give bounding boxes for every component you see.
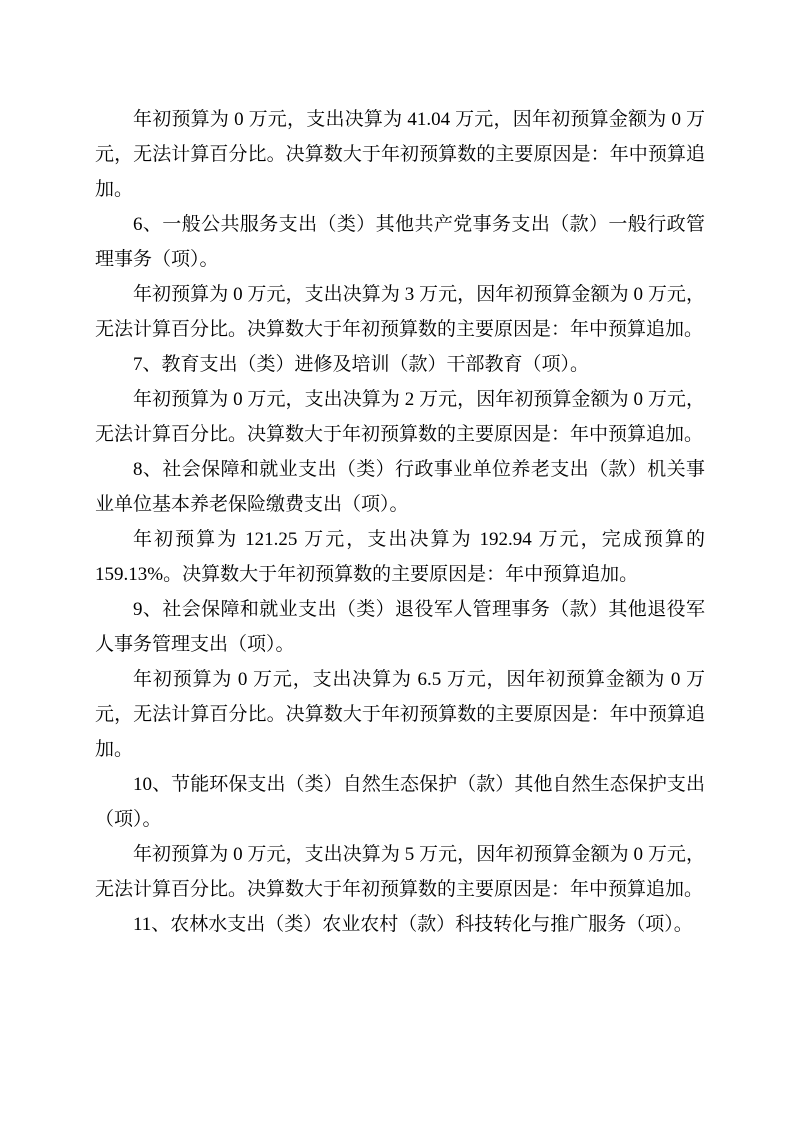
paragraph-item-7-budget-note: 年初预算为 0 万元，支出决算为 2 万元，因年初预算金额为 0 万元，无法计算…	[95, 382, 705, 452]
paragraph-item-8-budget-note: 年初预算为 121.25 万元，支出决算为 192.94 万元，完成预算的 15…	[95, 522, 705, 592]
paragraph-item-6-heading: 6、一般公共服务支出（类）其他共产党事务支出（款）一般行政管理事务（项）。	[95, 207, 705, 277]
paragraph-item-7-heading: 7、教育支出（类）进修及培训（款）干部教育（项）。	[95, 347, 705, 382]
paragraph-item-9-heading: 9、社会保障和就业支出（类）退役军人管理事务（款）其他退役军人事务管理支出（项）…	[95, 592, 705, 662]
paragraph-item-10-heading: 10、节能环保支出（类）自然生态保护（款）其他自然生态保护支出（项）。	[95, 767, 705, 837]
paragraph-item-6-budget-note: 年初预算为 0 万元，支出决算为 3 万元，因年初预算金额为 0 万元，无法计算…	[95, 277, 705, 347]
paragraph-item-9-budget-note: 年初预算为 0 万元，支出决算为 6.5 万元，因年初预算金额为 0 万元，无法…	[95, 662, 705, 767]
document-page: 年初预算为 0 万元，支出决算为 41.04 万元，因年初预算金额为 0 万元，…	[0, 0, 793, 1122]
document-body: 年初预算为 0 万元，支出决算为 41.04 万元，因年初预算金额为 0 万元，…	[95, 102, 705, 942]
paragraph-item-8-heading: 8、社会保障和就业支出（类）行政事业单位养老支出（款）机关事业单位基本养老保险缴…	[95, 452, 705, 522]
paragraph-budget-note-continuation: 年初预算为 0 万元，支出决算为 41.04 万元，因年初预算金额为 0 万元，…	[95, 102, 705, 207]
paragraph-item-10-budget-note: 年初预算为 0 万元，支出决算为 5 万元，因年初预算金额为 0 万元，无法计算…	[95, 837, 705, 907]
paragraph-item-11-heading: 11、农林水支出（类）农业农村（款）科技转化与推广服务（项）。	[95, 907, 705, 942]
